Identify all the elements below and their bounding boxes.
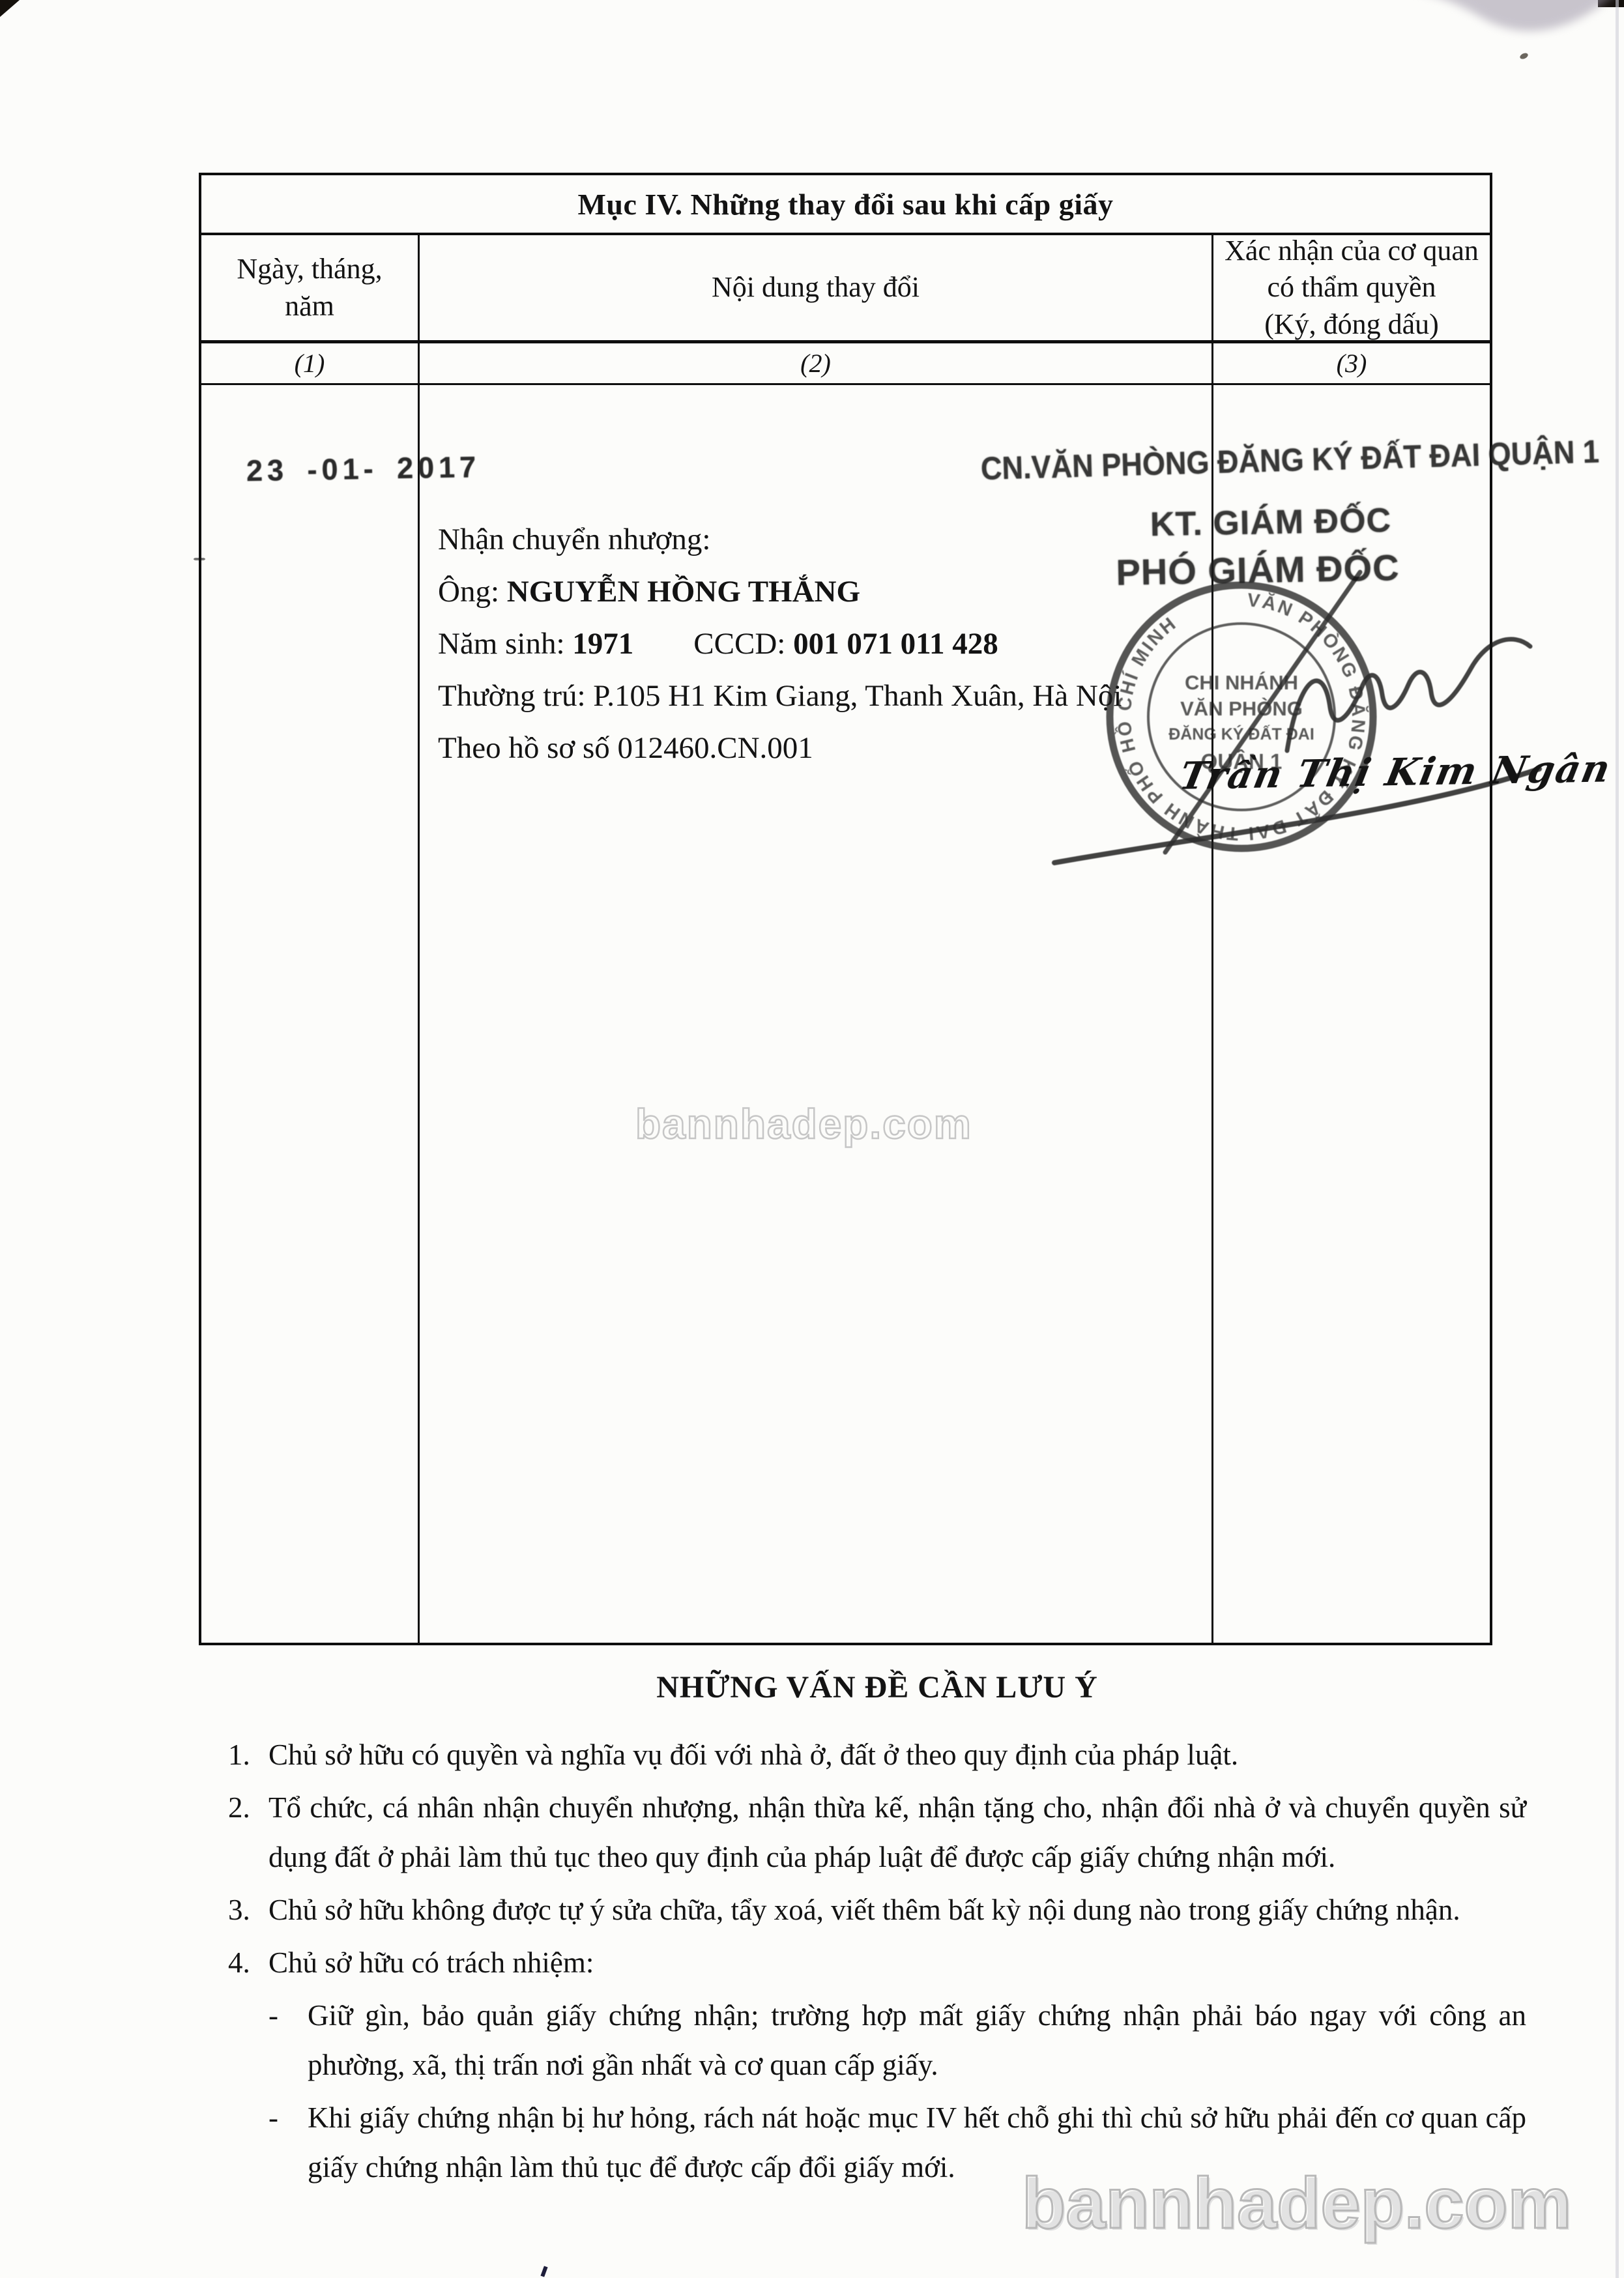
- scanned-certificate-page: Mục IV. Những thay đổi sau khi cấp giấy …: [0, 0, 1624, 2278]
- content-cell-date: [201, 385, 420, 1643]
- scan-edge-line: [1616, 0, 1619, 2278]
- table-title: Mục IV. Những thay đổi sau khi cấp giấy: [201, 175, 1490, 235]
- note-subtext: Khi giấy chứng nhận bị hư hỏng, rách nát…: [308, 2093, 1526, 2192]
- column-header-confirmation: Xác nhận của cơ quan có thẩm quyền (Ký, …: [1213, 235, 1490, 340]
- scan-smudge-topright: [1375, 0, 1623, 65]
- owner-name: NGUYỄN HỒNG THẮNG: [507, 575, 860, 609]
- name-label: Ông:: [438, 575, 499, 609]
- notes-section: NHỮNG VẤN ĐỀ CẦN LƯU Ý 1. Chủ sở hữu có …: [228, 1669, 1526, 2195]
- round-seal-and-signature: VĂN PHÒNG ĐĂNG KÝ ĐẤT ĐAI THÀNH PHỐ HỒ C…: [1043, 554, 1603, 880]
- column-header-date: Ngày, tháng, năm: [201, 235, 420, 340]
- note-number: 4.: [228, 1938, 268, 1987]
- note-item-3: 3. Chủ sở hữu không được tự ý sửa chữa, …: [228, 1885, 1526, 1935]
- note-number: 1.: [228, 1730, 268, 1780]
- stamp-title-line: KT. GIÁM ĐỐC: [1108, 500, 1434, 545]
- date-received-stamp: 23 -01- 2017: [246, 450, 481, 488]
- note-number: 2.: [228, 1783, 268, 1882]
- note-bullet: -: [268, 1991, 308, 2090]
- note-text: Chủ sở hữu không được tự ý sửa chữa, tẩy…: [268, 1885, 1526, 1935]
- note-text: Tổ chức, cá nhân nhận chuyển nhượng, nhậ…: [268, 1783, 1526, 1882]
- table-header-row: Ngày, tháng, năm Nội dung thay đổi Xác n…: [201, 235, 1490, 343]
- column-number-1: (1): [201, 343, 420, 383]
- notes-title: NHỮNG VẤN ĐỀ CẦN LƯU Ý: [228, 1669, 1526, 1705]
- note-text: Chủ sở hữu có quyền và nghĩa vụ đối với …: [268, 1730, 1526, 1780]
- note-bullet: -: [268, 2093, 308, 2192]
- birth-year-value: 1971: [572, 627, 633, 661]
- section-iv-table: Mục IV. Những thay đổi sau khi cấp giấy …: [199, 173, 1492, 1645]
- column-number-2: (2): [420, 343, 1213, 383]
- table-number-row: (1) (2) (3): [201, 343, 1490, 385]
- seal-inner-line2: VĂN PHÒNG: [1180, 697, 1303, 720]
- note-number: 3.: [228, 1885, 268, 1935]
- note-subitem-1: - Giữ gìn, bảo quản giấy chứng nhận; trư…: [268, 1991, 1526, 2090]
- cccd-value: 001 071 011 428: [793, 627, 998, 661]
- note-item-1: 1. Chủ sở hữu có quyền và nghĩa vụ đối v…: [228, 1730, 1526, 1780]
- cccd-label: CCCD:: [693, 627, 785, 661]
- scan-corner-artifact-topleft: [0, 0, 20, 17]
- birth-year-label: Năm sinh:: [438, 627, 565, 661]
- note-item-2: 2. Tổ chức, cá nhân nhận chuyển nhượng, …: [228, 1783, 1526, 1882]
- column-header-content: Nội dung thay đổi: [420, 235, 1213, 340]
- column-number-3: (3): [1213, 343, 1490, 383]
- watermark-center: bannhadep.com: [635, 1100, 972, 1148]
- signature-name: Trần Thị Kim Ngân: [1176, 747, 1550, 798]
- note-item-4: 4. Chủ sở hữu có trách nhiệm:: [228, 1938, 1526, 1987]
- note-subtext: Giữ gìn, bảo quản giấy chứng nhận; trườn…: [308, 1991, 1526, 2090]
- note-subitem-2: - Khi giấy chứng nhận bị hư hỏng, rách n…: [268, 2093, 1526, 2192]
- scan-speck: [540, 2266, 547, 2277]
- note-text: Chủ sở hữu có trách nhiệm:: [268, 1938, 1526, 1987]
